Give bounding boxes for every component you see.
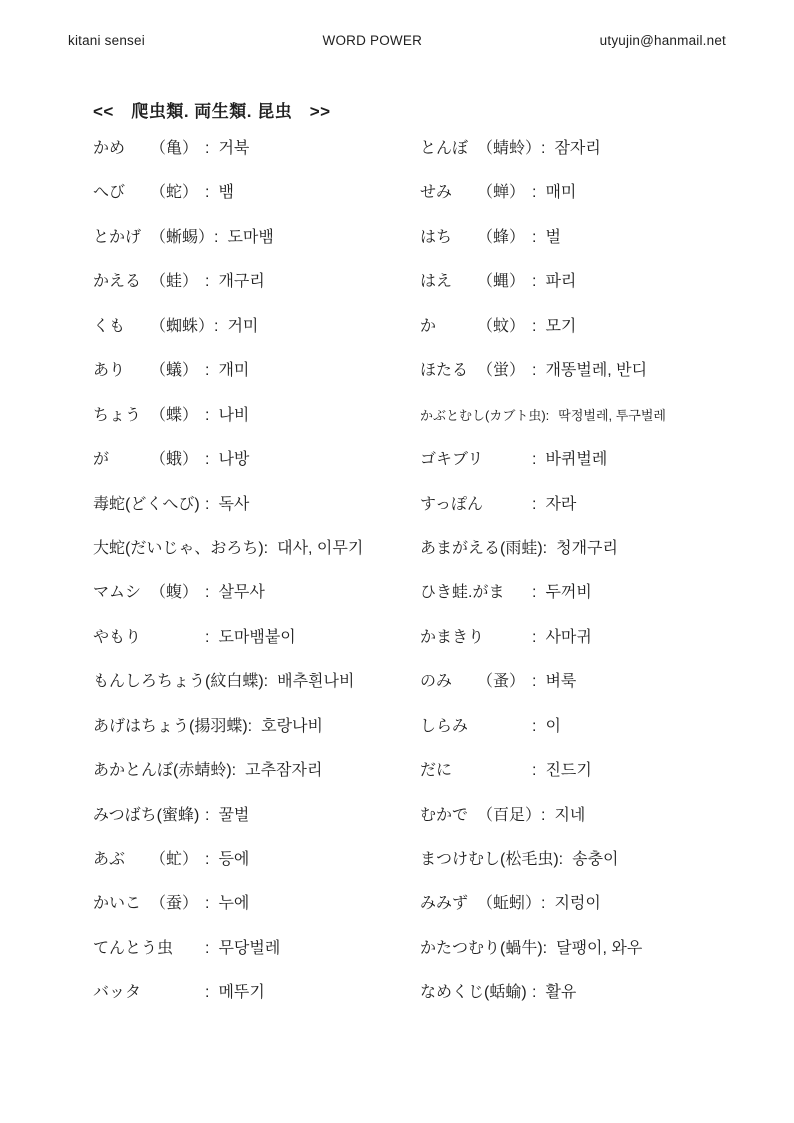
japanese-term: かぶとむし(カブト虫): [420, 409, 546, 424]
page-header: kitani sensei WORD POWER utyujin@hanmail…: [68, 33, 726, 48]
vocab-row: あまがえる(雨蛙):청개구리: [420, 540, 794, 584]
japanese-term: だに: [420, 762, 532, 780]
korean-meaning: 메뚜기: [218, 984, 264, 1002]
korean-meaning: 잠자리: [554, 140, 600, 158]
japanese-term: 大蛇(だいじゃ、おろち): [93, 540, 264, 558]
japanese-term: ちょう（蝶）: [93, 407, 205, 425]
japanese-kana: もんしろちょう(紋白蝶): [93, 673, 264, 691]
japanese-term: あかとんぼ(赤蜻蛉): [93, 762, 232, 780]
separator-colon: :: [532, 584, 536, 602]
japanese-kanji: （蟻）: [150, 362, 198, 380]
vocab-row: かたつむり(蝸牛):달팽이, 와우: [420, 940, 794, 984]
separator-colon: :: [532, 762, 536, 780]
japanese-kana: ひき蛙.がま: [420, 584, 504, 602]
japanese-kanji: （百足）: [477, 807, 541, 825]
korean-meaning: 호랑나비: [261, 718, 323, 736]
japanese-kana: かいこ: [93, 895, 150, 913]
japanese-kana: はち: [420, 229, 477, 247]
japanese-term: なめくじ(蛞蝓): [420, 984, 532, 1002]
japanese-term: とんぼ（蜻蛉）: [420, 140, 541, 158]
korean-meaning: 바퀴벌레: [545, 451, 607, 469]
korean-meaning: 사마귀: [545, 629, 591, 647]
korean-meaning: 살무사: [218, 584, 264, 602]
header-email: utyujin@hanmail.net: [600, 33, 726, 48]
separator-colon: :: [205, 184, 209, 202]
japanese-term: すっぽん: [420, 496, 532, 514]
vocab-row: しらみ:이: [420, 718, 794, 762]
vocab-column-left: かめ（亀）:거북へび（蛇）:뱀とかげ（蜥蜴）:도마뱀かえる（蛙）:개구리くも（蜘…: [93, 140, 420, 1029]
japanese-kana: かまきり: [420, 629, 484, 647]
japanese-kana: しらみ: [420, 718, 477, 736]
separator-colon: :: [532, 184, 536, 202]
vocab-row: みみず（蚯蚓）:지렁이: [420, 895, 794, 939]
separator-colon: :: [532, 362, 536, 380]
vocab-row: のみ（蚤）:벼룩: [420, 673, 794, 717]
japanese-term: へび（蛇）: [93, 184, 205, 202]
vocab-row: すっぽん:자라: [420, 496, 794, 540]
separator-colon: :: [205, 273, 209, 291]
japanese-kana: てんとう虫: [93, 940, 173, 958]
japanese-kanji: （蛙）: [150, 273, 198, 291]
separator-colon: :: [205, 895, 209, 913]
korean-meaning: 벌: [545, 229, 560, 247]
japanese-term: のみ（蚤）: [420, 673, 532, 691]
japanese-term: かまきり: [420, 629, 532, 647]
separator-colon: :: [214, 229, 218, 247]
separator-colon: :: [532, 629, 536, 647]
korean-meaning: 모기: [545, 318, 576, 336]
korean-meaning: 나방: [218, 451, 249, 469]
japanese-kanji: （蝮）: [150, 584, 198, 602]
separator-colon: :: [232, 762, 236, 780]
korean-meaning: 개구리: [218, 273, 264, 291]
japanese-term: マムシ（蝮）: [93, 584, 205, 602]
korean-meaning: 거북: [218, 140, 249, 158]
vocab-row: かぶとむし(カブト虫):딱정벌레, 투구벌레: [420, 407, 794, 451]
vocab-row: やもり:도마뱀붙이: [93, 629, 420, 673]
japanese-kana: とかげ: [93, 229, 150, 247]
japanese-term: まつけむし(松毛虫): [420, 851, 559, 869]
separator-colon: :: [532, 673, 536, 691]
japanese-kanji: （蜂）: [477, 229, 525, 247]
korean-meaning: 도마뱀: [227, 229, 273, 247]
japanese-term: か（蚊）: [420, 318, 532, 336]
japanese-kana: ちょう: [93, 407, 150, 425]
japanese-kanji: （虻）: [150, 851, 198, 869]
japanese-kanji: （蜘蛛）: [150, 318, 214, 336]
vocab-row: みつばち(蜜蜂):꿀벌: [93, 807, 420, 851]
korean-meaning: 뱀: [218, 184, 233, 202]
japanese-kana: ゴキブリ: [420, 451, 483, 469]
header-doc-title: WORD POWER: [323, 33, 423, 48]
japanese-kana: か: [420, 318, 477, 336]
separator-colon: :: [205, 451, 209, 469]
vocab-row: くも（蜘蛛）:거미: [93, 318, 420, 362]
japanese-term: かめ（亀）: [93, 140, 205, 158]
japanese-kanji: （蛾）: [150, 451, 198, 469]
separator-colon: :: [559, 851, 563, 869]
korean-meaning: 무당벌레: [218, 940, 280, 958]
japanese-kana: だに: [420, 762, 477, 780]
japanese-kanji: （蛇）: [150, 184, 198, 202]
korean-meaning: 개미: [218, 362, 249, 380]
korean-meaning: 자라: [545, 496, 576, 514]
japanese-term: しらみ: [420, 718, 532, 736]
vocab-row: か（蚊）:모기: [420, 318, 794, 362]
korean-meaning: 매미: [545, 184, 576, 202]
separator-colon: :: [532, 318, 536, 336]
korean-meaning: 도마뱀붙이: [218, 629, 295, 647]
vocab-row: ひき蛙.がま:두꺼비: [420, 584, 794, 628]
document-page: kitani sensei WORD POWER utyujin@hanmail…: [0, 0, 794, 1123]
japanese-term: かえる（蛙）: [93, 273, 205, 291]
korean-meaning: 딱정벌레, 투구벌레: [558, 409, 666, 424]
korean-meaning: 대사, 이무기: [277, 540, 363, 558]
separator-colon: :: [532, 229, 536, 247]
vocab-row: かいこ（蚕）:누에: [93, 895, 420, 939]
japanese-kanji: （蝶）: [150, 407, 198, 425]
japanese-kanji: （蚯蚓）: [477, 895, 541, 913]
separator-colon: :: [543, 540, 547, 558]
japanese-kana: 大蛇(だいじゃ、おろち): [93, 540, 264, 558]
japanese-term: せみ（蝉）: [420, 184, 532, 202]
japanese-kana: マムシ: [93, 584, 150, 602]
separator-colon: :: [205, 496, 209, 514]
japanese-term: ゴキブリ: [420, 451, 532, 469]
japanese-term: ほたる（蛍）: [420, 362, 532, 380]
separator-colon: :: [532, 451, 536, 469]
japanese-term: あり（蟻）: [93, 362, 205, 380]
vocab-row: むかで（百足）:지네: [420, 807, 794, 851]
japanese-kana: やもり: [93, 629, 150, 647]
separator-colon: :: [205, 851, 209, 869]
separator-colon: :: [264, 673, 268, 691]
separator-colon: :: [532, 984, 536, 1002]
vocab-row: まつけむし(松毛虫):송충이: [420, 851, 794, 895]
separator-colon: :: [205, 629, 209, 647]
separator-colon: :: [205, 807, 209, 825]
japanese-kanji: （蝿）: [477, 273, 525, 291]
vocab-row: かまきり:사마귀: [420, 629, 794, 673]
japanese-kana: くも: [93, 318, 150, 336]
japanese-term: あげはちょう(揚羽蝶): [93, 718, 248, 736]
japanese-kana: むかで: [420, 807, 477, 825]
japanese-kana: かえる: [93, 273, 150, 291]
vocab-row: もんしろちょう(紋白蝶):배추흰나비: [93, 673, 420, 717]
japanese-kana: せみ: [420, 184, 477, 202]
japanese-term: あぶ（虻）: [93, 851, 205, 869]
japanese-kana: ほたる: [420, 362, 477, 380]
vocab-row: あかとんぼ(赤蜻蛉):고추잠자리: [93, 762, 420, 806]
vocab-row: あげはちょう(揚羽蝶):호랑나비: [93, 718, 420, 762]
separator-colon: :: [541, 895, 545, 913]
korean-meaning: 개똥벌레, 반디: [545, 362, 647, 380]
korean-meaning: 진드기: [545, 762, 591, 780]
section-title: << 爬虫類. 両生類. 昆虫 >>: [93, 97, 331, 122]
separator-colon: :: [541, 140, 545, 158]
vocab-row: せみ（蝉）:매미: [420, 184, 794, 228]
japanese-term: みつばち(蜜蜂): [93, 807, 205, 825]
vocab-row: が（蛾）:나방: [93, 451, 420, 495]
korean-meaning: 송충이: [572, 851, 618, 869]
japanese-term: 毒蛇(どくへび): [93, 496, 205, 514]
japanese-kana: へび: [93, 184, 150, 202]
separator-colon: :: [205, 584, 209, 602]
japanese-kana: あかとんぼ(赤蜻蛉): [93, 762, 232, 780]
japanese-kanji: （蝉）: [477, 184, 525, 202]
japanese-kana: かぶとむし(カブト虫): [420, 409, 546, 424]
japanese-term: やもり: [93, 629, 205, 647]
korean-meaning: 청개구리: [556, 540, 618, 558]
vocab-column-right: とんぼ（蜻蛉）:잠자리せみ（蝉）:매미はち（蜂）:벌はえ（蝿）:파리か（蚊）:모…: [420, 140, 794, 1029]
vocab-row: てんとう虫:무당벌레: [93, 940, 420, 984]
japanese-kana: なめくじ(蛞蝓): [420, 984, 527, 1002]
japanese-kanji: （蜥蜴）: [150, 229, 214, 247]
separator-colon: :: [543, 940, 547, 958]
korean-meaning: 꿀벌: [218, 807, 249, 825]
vocab-row: へび（蛇）:뱀: [93, 184, 420, 228]
vocab-row: はち（蜂）:벌: [420, 229, 794, 273]
japanese-kana: あり: [93, 362, 150, 380]
separator-colon: :: [205, 407, 209, 425]
japanese-kanji: （蜻蛉）: [477, 140, 541, 158]
korean-meaning: 두꺼비: [545, 584, 591, 602]
vocab-row: ちょう（蝶）:나비: [93, 407, 420, 451]
japanese-kanji: （蚤）: [477, 673, 525, 691]
separator-colon: :: [264, 540, 268, 558]
japanese-kana: 毒蛇(どくへび): [93, 496, 200, 514]
vocab-row: バッタ:메뚜기: [93, 984, 420, 1028]
korean-meaning: 지렁이: [554, 895, 600, 913]
korean-meaning: 배추흰나비: [277, 673, 354, 691]
japanese-kana: バッタ: [93, 984, 150, 1002]
separator-colon: :: [205, 140, 209, 158]
separator-colon: :: [214, 318, 218, 336]
vocab-row: 大蛇(だいじゃ、おろち):대사, 이무기: [93, 540, 420, 584]
japanese-kana: あぶ: [93, 851, 150, 869]
japanese-term: とかげ（蜥蜴）: [93, 229, 214, 247]
korean-meaning: 등에: [218, 851, 249, 869]
korean-meaning: 파리: [545, 273, 576, 291]
vocab-row: はえ（蝿）:파리: [420, 273, 794, 317]
japanese-term: もんしろちょう(紋白蝶): [93, 673, 264, 691]
vocab-row: ゴキブリ:바퀴벌레: [420, 451, 794, 495]
vocab-row: なめくじ(蛞蝓):활유: [420, 984, 794, 1028]
korean-meaning: 나비: [218, 407, 249, 425]
japanese-kana: はえ: [420, 273, 477, 291]
vocab-row: だに:진드기: [420, 762, 794, 806]
japanese-term: バッタ: [93, 984, 205, 1002]
vocab-row: あぶ（虻）:등에: [93, 851, 420, 895]
vocab-row: マムシ（蝮）:살무사: [93, 584, 420, 628]
separator-colon: :: [532, 273, 536, 291]
japanese-term: はえ（蝿）: [420, 273, 532, 291]
separator-colon: :: [205, 984, 209, 1002]
separator-colon: :: [205, 362, 209, 380]
japanese-term: ひき蛙.がま: [420, 584, 532, 602]
korean-meaning: 누에: [218, 895, 249, 913]
vocab-row: 毒蛇(どくへび):독사: [93, 496, 420, 540]
japanese-term: が（蛾）: [93, 451, 205, 469]
japanese-term: はち（蜂）: [420, 229, 532, 247]
japanese-kanji: （蚊）: [477, 318, 525, 336]
korean-meaning: 벼룩: [545, 673, 576, 691]
korean-meaning: 고추잠자리: [245, 762, 322, 780]
separator-colon: :: [205, 940, 209, 958]
separator-colon: :: [546, 409, 550, 424]
japanese-kana: みつばち(蜜蜂): [93, 807, 199, 825]
separator-colon: :: [541, 807, 545, 825]
japanese-kanji: （蛍）: [477, 362, 525, 380]
japanese-kana: かたつむり(蝸牛): [420, 940, 543, 958]
vocab-row: ほたる（蛍）:개똥벌레, 반디: [420, 362, 794, 406]
japanese-term: むかで（百足）: [420, 807, 541, 825]
japanese-kana: すっぽん: [420, 496, 483, 514]
vocab-row: とかげ（蜥蜴）:도마뱀: [93, 229, 420, 273]
japanese-kana: とんぼ: [420, 140, 477, 158]
japanese-kanji: （蚕）: [150, 895, 198, 913]
separator-colon: :: [248, 718, 252, 736]
japanese-kana: が: [93, 451, 150, 469]
vocab-row: あり（蟻）:개미: [93, 362, 420, 406]
japanese-kana: あまがえる(雨蛙): [420, 540, 543, 558]
vocab-row: とんぼ（蜻蛉）:잠자리: [420, 140, 794, 184]
vocab-row: かめ（亀）:거북: [93, 140, 420, 184]
korean-meaning: 거미: [227, 318, 258, 336]
japanese-term: あまがえる(雨蛙): [420, 540, 543, 558]
japanese-kana: まつけむし(松毛虫): [420, 851, 559, 869]
separator-colon: :: [532, 496, 536, 514]
korean-meaning: 지네: [554, 807, 585, 825]
header-author: kitani sensei: [68, 33, 145, 48]
korean-meaning: 독사: [218, 496, 249, 514]
separator-colon: :: [532, 718, 536, 736]
japanese-term: てんとう虫: [93, 940, 205, 958]
japanese-term: かたつむり(蝸牛): [420, 940, 543, 958]
korean-meaning: 달팽이, 와우: [556, 940, 642, 958]
japanese-kana: かめ: [93, 140, 150, 158]
japanese-term: みみず（蚯蚓）: [420, 895, 541, 913]
korean-meaning: 이: [545, 718, 560, 736]
japanese-kana: のみ: [420, 673, 477, 691]
japanese-term: かいこ（蚕）: [93, 895, 205, 913]
japanese-term: くも（蜘蛛）: [93, 318, 214, 336]
korean-meaning: 활유: [545, 984, 576, 1002]
japanese-kanji: （亀）: [150, 140, 198, 158]
japanese-kana: あげはちょう(揚羽蝶): [93, 718, 248, 736]
vocab-row: かえる（蛙）:개구리: [93, 273, 420, 317]
japanese-kana: みみず: [420, 895, 477, 913]
